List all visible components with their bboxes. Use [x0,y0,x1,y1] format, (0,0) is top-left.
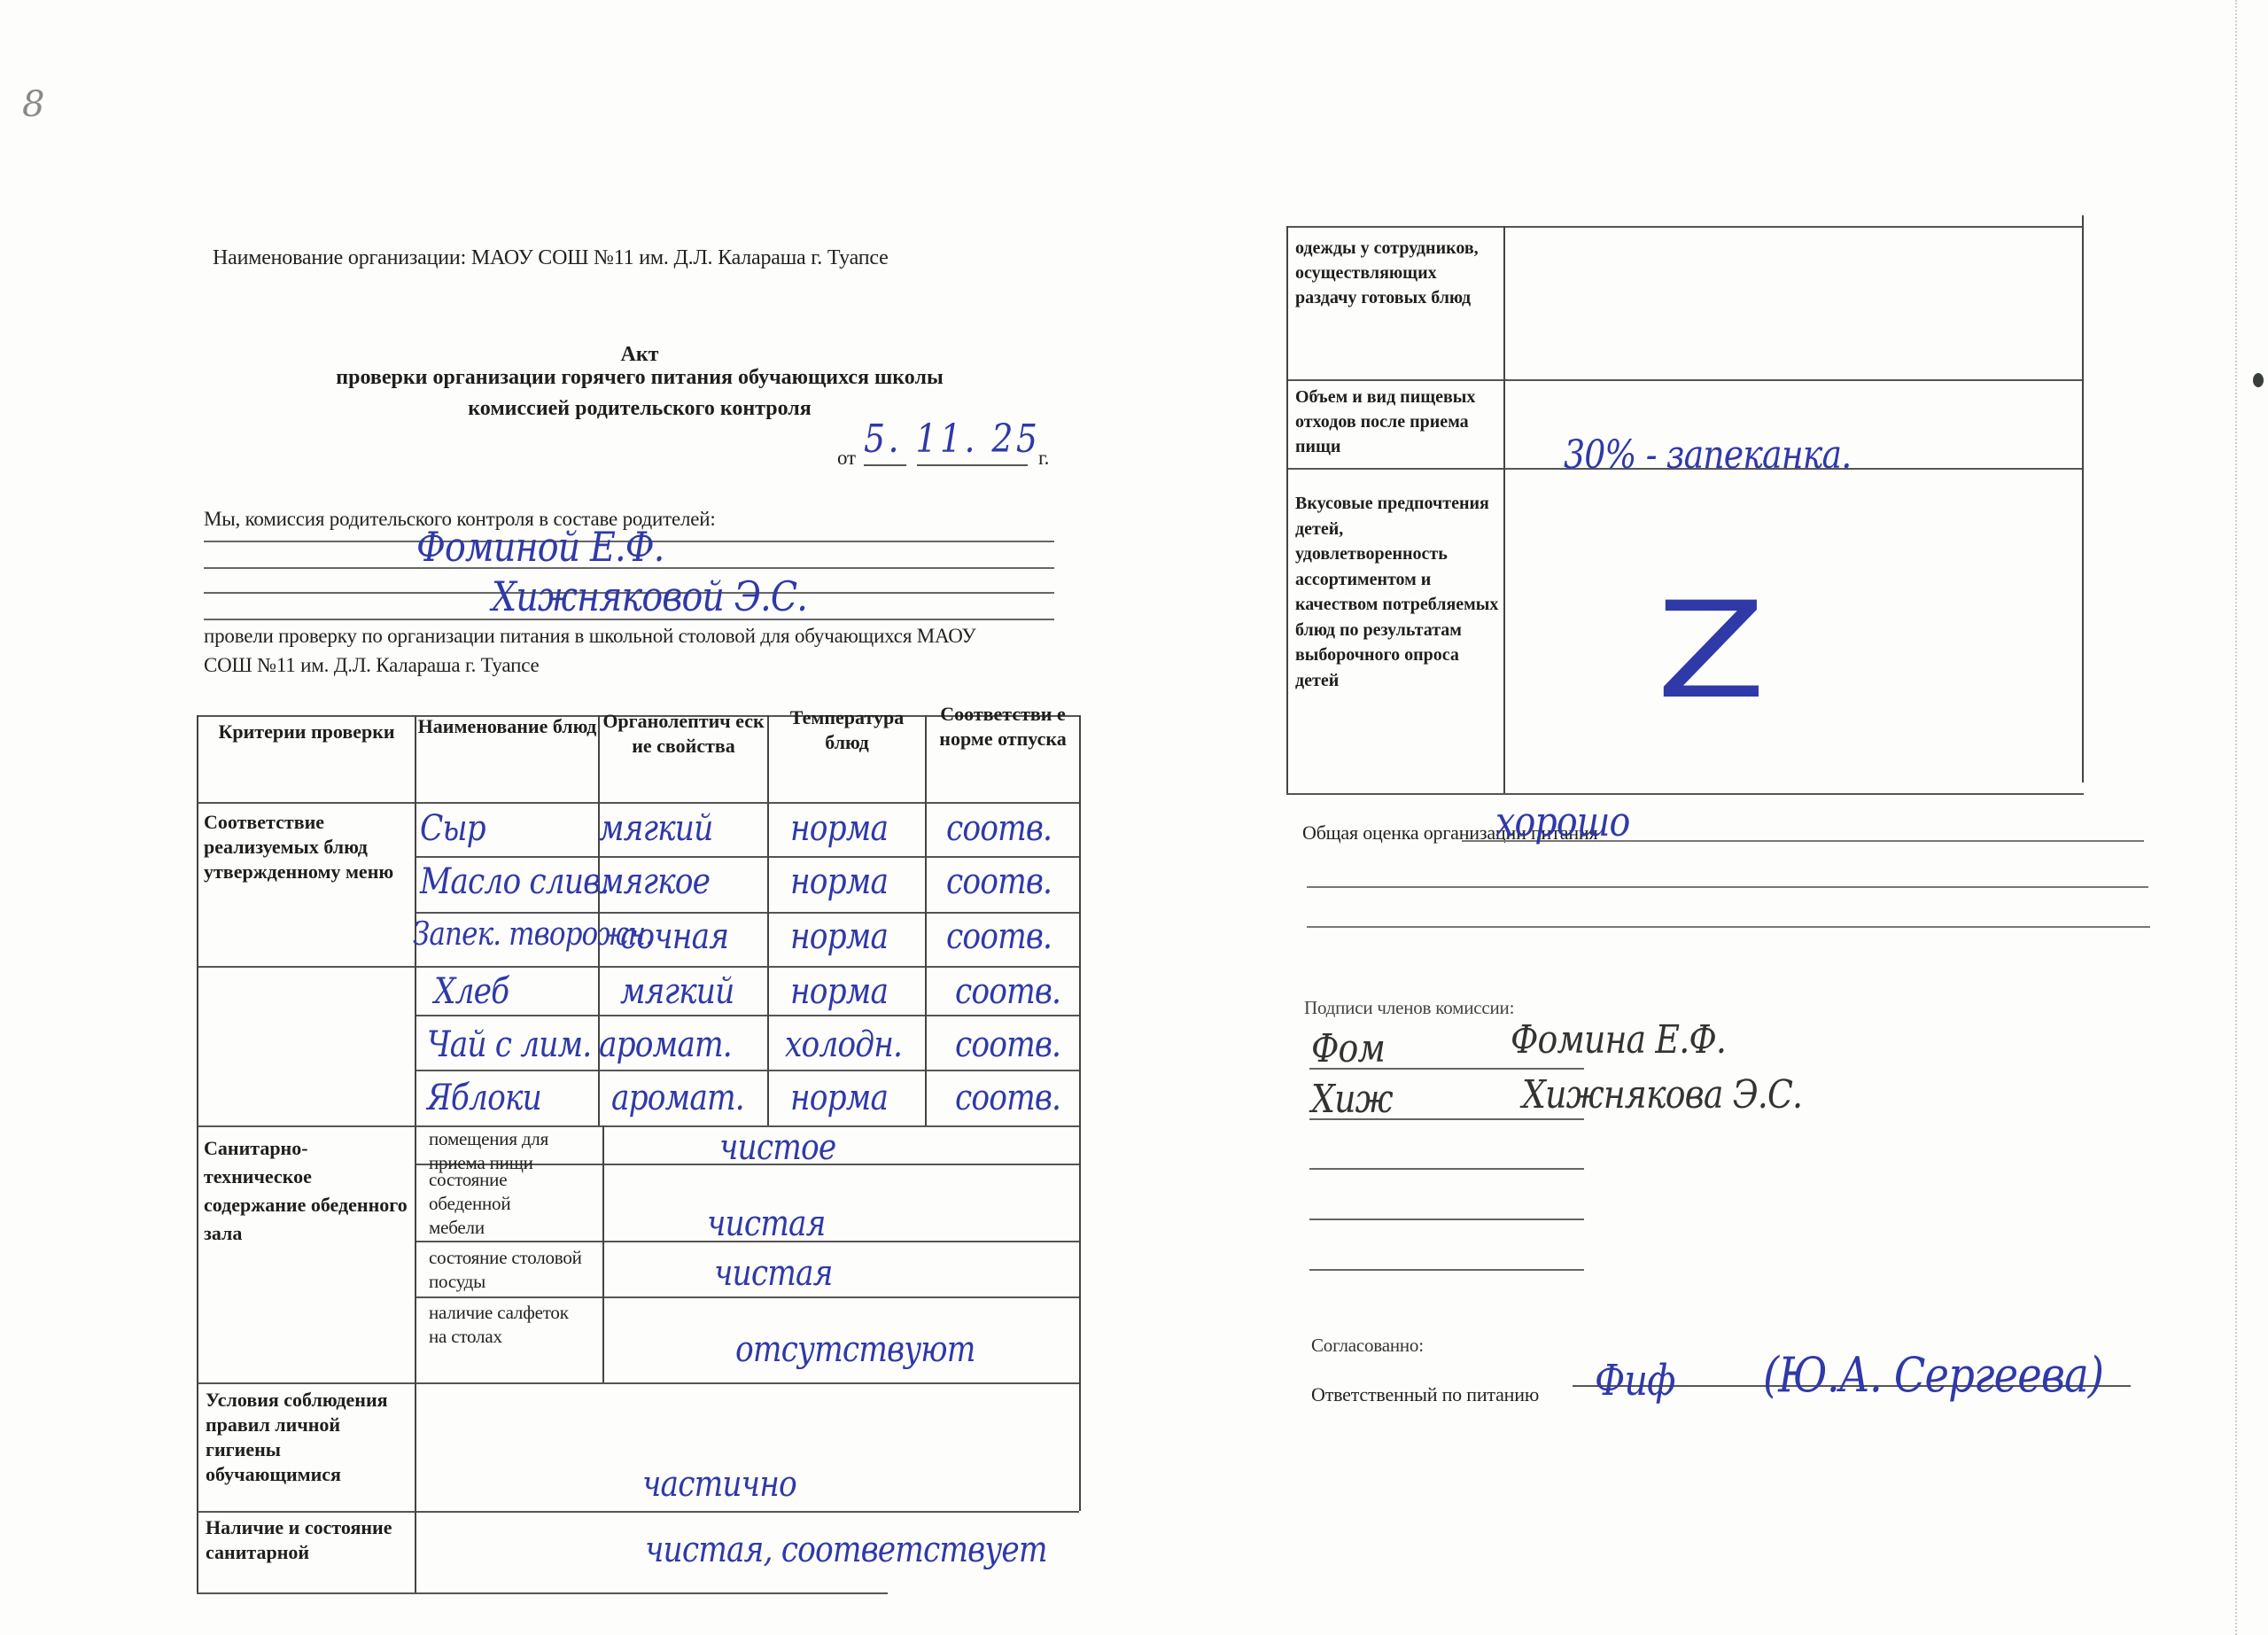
sanitary-item-label: состояние обеденной мебели [429,1168,562,1240]
act-date-value: 5. 11. 25 [864,417,1040,462]
responsible-label: Ответственный по питанию [1311,1382,1539,1407]
dish-organoleptic: аромат. [611,1078,744,1118]
hole-punch-mark [2253,373,2264,387]
signature-name-1: Фомина Е.Ф. [1511,1017,1726,1063]
act-title: Акт [197,342,1083,367]
responsible-signature: Фиф [1595,1356,1675,1405]
act-subtitle-1: проверки организации горячего питания об… [197,365,1083,390]
date-prefix: от [837,446,856,471]
overall-rating-value: хорошо [1495,798,1629,845]
dish-compliance: соотв. [946,861,1052,902]
header-temperature: Температура блюд [769,705,925,755]
criterion-food-waste: Объем и вид пищевых отходов после приема… [1295,385,1499,459]
inspection-text-2: СОШ №11 им. Д.Л. Калараша г. Туапсе [204,653,540,679]
dish-organoleptic: мягкий [599,808,712,849]
sanitary-item-label: наличие салфеток на столах [429,1301,579,1349]
dish-name: Яблоки [427,1078,541,1118]
approved-label: Согласованно: [1311,1334,1424,1357]
food-waste-value: 30% - запеканка. [1564,432,1851,478]
scan-edge [2235,0,2237,1635]
uniform-value: чистая, соответствует [645,1530,1047,1570]
criterion-hygiene: Условия соблюдения правил личной гигиены… [206,1388,409,1487]
dish-temperature: норма [790,916,888,957]
dish-compliance: соотв. [946,916,1052,957]
criterion-staff-clothing: одежды у сотрудников, осуществляющих раз… [1295,236,1499,310]
criterion-taste-preferences: Вкусовые предпочтения детей, удовлетворе… [1295,491,1499,693]
dish-compliance: соотв. [955,1024,1060,1065]
dish-organoleptic: мягкий [620,971,734,1012]
page-number-mark: 8 [22,84,44,125]
header-compliance: Соответстви е норме отпуска [927,702,1079,751]
signature-name-2: Хижнякова Э.С. [1522,1072,1802,1117]
sanitary-item-value: чистое [719,1127,835,1168]
date-suffix: г. [1038,446,1049,471]
dish-compliance: соотв. [955,1078,1060,1118]
dish-name: Запек. творожн. [413,916,653,953]
dish-name: Чай с лим. [427,1024,591,1065]
dish-compliance: соотв. [946,808,1052,849]
dish-organoleptic: мягкое [599,861,710,902]
dish-temperature: норма [790,808,888,849]
commission-member-2: Хижняковой Э.С. [492,572,807,620]
signature-1: Фом [1311,1026,1385,1071]
organization-name: Наименование организации: МАОУ СОШ №11 и… [213,245,889,271]
inspection-text-1: провели проверку по организации питания … [204,624,975,650]
header-organoleptic: Органолептич еские свойства [600,709,767,759]
responsible-name: (Ю.А. Сергеева) [1763,1347,2103,1403]
sanitary-item-value: отсутствуют [735,1329,975,1370]
dish-temperature: холодн. [785,1024,902,1065]
hygiene-value: частично [642,1464,796,1505]
sanitary-item-label: состояние столовой посуды [429,1246,602,1294]
criterion-sanitary: Санитарно-техническое содержание обеденн… [204,1134,408,1248]
taste-preferences-value: Z [1657,585,1766,718]
dish-temperature: норма [790,971,888,1012]
dish-organoleptic: сочная [620,916,728,957]
signature-2: Хиж [1311,1077,1393,1122]
commission-member-1: Фоминой Е.Ф. [416,523,664,571]
sanitary-item-value: чистая [707,1203,826,1244]
dish-compliance: соотв. [955,971,1060,1012]
criterion-uniform: Наличие и состояние санитарной [206,1515,400,1565]
dish-name: Сыр [420,808,485,849]
dish-name: Хлеб [434,971,509,1012]
dish-name: Масло слив. [420,861,609,902]
criterion-menu: Соответствие реализуемых блюд утвержденн… [204,810,413,884]
sanitary-item-value: чистая [714,1253,833,1294]
header-criteria: Критерии проверки [198,720,415,744]
header-dish-name: Наименование блюд [416,714,598,739]
signatures-label: Подписи членов комиссии: [1304,996,1514,1019]
dish-temperature: норма [790,1078,888,1118]
dish-temperature: норма [790,861,888,902]
dish-organoleptic: аромат. [599,1024,732,1065]
